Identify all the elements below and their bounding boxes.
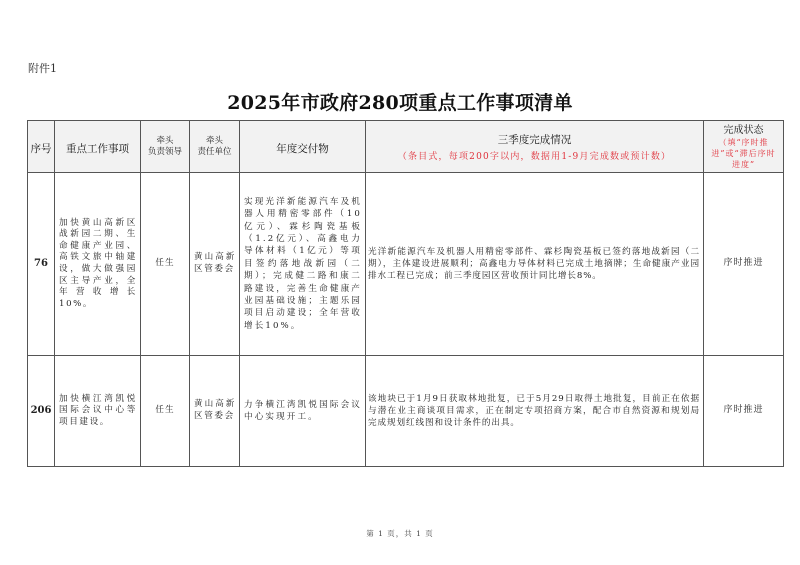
row-leader: 任生 (141, 356, 190, 467)
row-task: 加快横江湾凯悦国际会议中心等项目建设。 (55, 356, 141, 467)
row-status: 序时推进 (704, 173, 784, 356)
header-index: 序号 (28, 121, 55, 173)
table-row: 76 加快黄山高新区战新园二期、生命健康产业园、高铁文旅中轴建设，做大做强园区主… (28, 173, 784, 356)
row-deliverable: 实现光洋新能源汽车及机器人用精密零部件（10亿元）、霖杉陶瓷基板（1.2亿元）、… (240, 173, 366, 356)
attachment-label: 附件1 (28, 60, 57, 76)
header-deliverable: 年度交付物 (240, 121, 366, 173)
document-title: 2025年市政府280项重点工作事项清单 (0, 88, 800, 115)
status-note: （填“序时推进”或“滞后序时进度” (708, 137, 779, 170)
row-deliverable: 力争横江湾凯悦国际会议中心实现开工。 (240, 356, 366, 467)
row-leader: 任生 (141, 173, 190, 356)
row-status: 序时推进 (704, 356, 784, 467)
row-unit: 黄山高新区管委会 (190, 356, 240, 467)
header-q3-progress: 三季度完成情况 （条目式，每项200字以内，数据用1-9月完成数或预计数） (366, 121, 704, 173)
header-unit: 牵头 责任单位 (190, 121, 240, 173)
table-header-row: 序号 重点工作事项 牵头 负责领导 牵头 责任单位 年度交付物 三季度完成情况 … (28, 121, 784, 173)
row-index: 76 (28, 173, 55, 356)
row-index: 206 (28, 356, 55, 467)
row-q3-progress: 光洋新能源汽车及机器人用精密零部件、霖杉陶瓷基板已签约落地战新园（二期），主体建… (366, 173, 704, 356)
q3-note: （条目式，每项200字以内，数据用1-9月完成数或预计数） (366, 149, 703, 162)
table-row: 206 加快横江湾凯悦国际会议中心等项目建设。 任生 黄山高新区管委会 力争横江… (28, 356, 784, 467)
key-tasks-table: 序号 重点工作事项 牵头 负责领导 牵头 责任单位 年度交付物 三季度完成情况 … (27, 120, 784, 467)
header-status: 完成状态 （填“序时推进”或“滞后序时进度” (704, 121, 784, 173)
row-unit: 黄山高新区管委会 (190, 173, 240, 356)
row-q3-progress: 该地块已于1月9日获取林地批复，已于5月29日取得土地批复，目前正在依据与潜在业… (366, 356, 704, 467)
header-leader: 牵头 负责领导 (141, 121, 190, 173)
page-footer: 第 1 页，共 1 页 (0, 528, 800, 539)
row-task: 加快黄山高新区战新园二期、生命健康产业园、高铁文旅中轴建设，做大做强园区主导产业… (55, 173, 141, 356)
header-task: 重点工作事项 (55, 121, 141, 173)
